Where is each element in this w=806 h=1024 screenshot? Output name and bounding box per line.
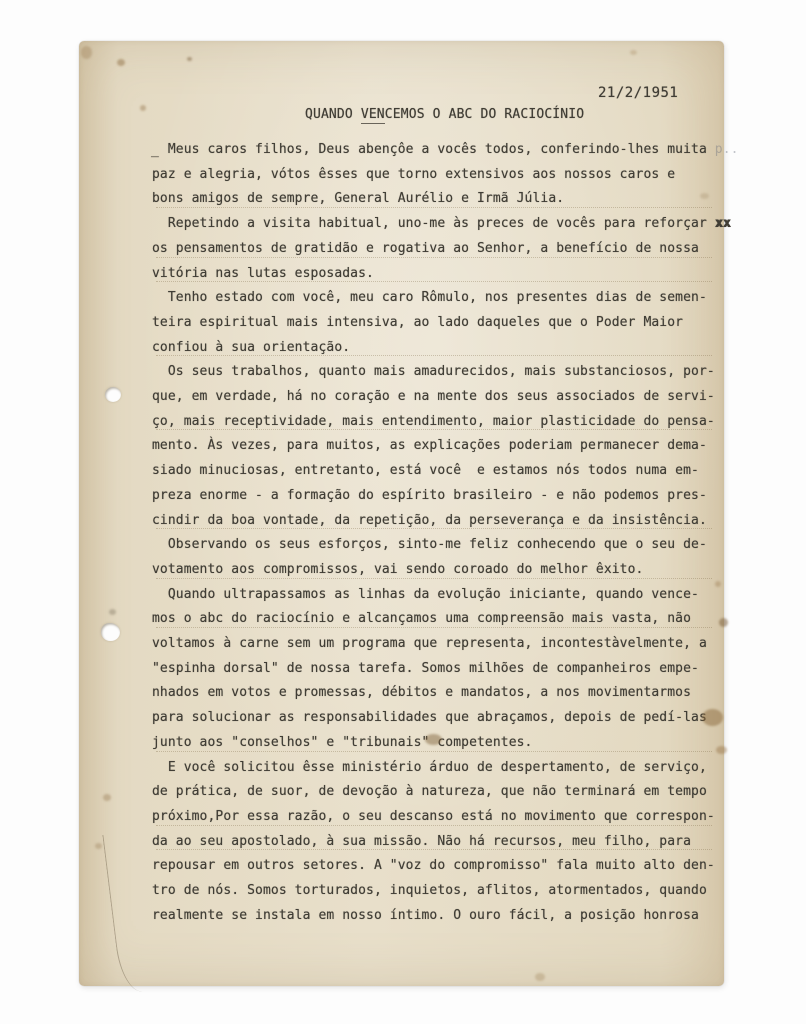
scan-background: 21/2/1951 QUANDO VENCEMOS O ABC DO RACIO… — [0, 0, 806, 1024]
line-text: vitória nas lutas esposadas. — [152, 266, 374, 281]
text-line: repousar em outros setores. A "voz do co… — [152, 854, 708, 879]
text-line: Repetindo a visita habitual, uno-me às p… — [152, 212, 708, 237]
text-line: siado minuciosas, entretanto, está você … — [152, 459, 708, 484]
line-text: siado minuciosas, entretanto, está você … — [152, 463, 699, 478]
text-line: Os seus trabalhos, quanto mais amadureci… — [152, 360, 708, 385]
text-line: os pensamentos de gratidão e rogativa ao… — [152, 237, 708, 262]
text-line: paz e alegria, vótos êsses que torno ext… — [152, 163, 708, 188]
punch-hole-bottom — [101, 623, 120, 641]
text-line: tro de nós. Somos torturados, inquietos,… — [152, 879, 708, 904]
line-text: cindir da boa vontade, da repetição, da … — [152, 513, 707, 528]
paragraph: Repetindo a visita habitual, uno-me às p… — [152, 212, 708, 286]
text-line: realmente se instala em nosso íntimo. O … — [152, 904, 708, 929]
faint-ghost-text: p.. — [707, 142, 739, 157]
title-underlined: VEN — [361, 107, 385, 124]
stain — [95, 843, 102, 849]
text-line: Quando ultrapassamos as linhas da evoluç… — [152, 583, 708, 608]
text-line: bons amigos de sempre, General Aurélio e… — [152, 187, 708, 212]
line-text: Meus caros filhos, Deus abençôe a vocês … — [152, 142, 707, 157]
line-text: repousar em outros setores. A "voz do co… — [152, 858, 715, 873]
text-line: Observando os seus esforços, sinto-me fe… — [152, 533, 708, 558]
line-text: votamento aos compromissos, vai sendo co… — [152, 562, 643, 577]
line-text: confiou à sua orientação. — [152, 340, 350, 355]
line-text: bons amigos de sempre, General Aurélio e… — [152, 191, 564, 206]
line-text: paz e alegria, vótos êsses que torno ext… — [152, 167, 675, 182]
text-line: teira espiritual mais intensiva, ao lado… — [152, 311, 708, 336]
text-line: votamento aos compromissos, vai sendo co… — [152, 558, 708, 583]
text-line: que, em verdade, há no coração e na ment… — [152, 385, 708, 410]
stain — [187, 57, 192, 61]
line-text: realmente se instala em nosso íntimo. O … — [152, 908, 699, 923]
text-line: Tenho estado com você, meu caro Rômulo, … — [152, 286, 708, 311]
stain — [630, 50, 637, 55]
line-text: "espinha dorsal" de nossa tarefa. Somos … — [152, 661, 699, 676]
stain — [716, 746, 727, 754]
text-line: "espinha dorsal" de nossa tarefa. Somos … — [152, 657, 708, 682]
stain — [109, 609, 116, 615]
text-line: de prática, de suor, de devoção à nature… — [152, 780, 708, 805]
stain — [535, 973, 545, 981]
line-text: voltamos à carne sem um programa que rep… — [152, 636, 707, 651]
line-text: preza enorme - a formação do espírito br… — [152, 488, 707, 503]
stain — [719, 618, 728, 627]
text-line: nhados em votos e promessas, débitos e m… — [152, 681, 708, 706]
line-text: Os seus trabalhos, quanto mais amadureci… — [152, 364, 715, 379]
line-text: de prática, de suor, de devoção à nature… — [152, 784, 707, 799]
text-line: mento. Às vezes, para muitos, as explica… — [152, 434, 708, 459]
stain — [715, 581, 721, 587]
lead-mark: _ — [151, 139, 159, 164]
stain — [702, 709, 723, 726]
paragraph: Observando os seus esforços, sinto-me fe… — [152, 533, 708, 582]
text-line: próximo,Por essa razão, o seu descanso e… — [152, 805, 708, 830]
line-text: para solucionar as responsabilidades que… — [152, 710, 707, 725]
text-line: voltamos à carne sem um programa que rep… — [152, 632, 708, 657]
text-line: mos o abc do raciocínio e alcançamos uma… — [152, 607, 708, 632]
text-line: vitória nas lutas esposadas. — [152, 262, 708, 287]
document-title: QUANDO VENCEMOS O ABC DO RACIOCÍNIO — [305, 107, 584, 122]
line-text: que, em verdade, há no coração e na ment… — [152, 389, 715, 404]
text-line: da ao seu apostolado, à sua missão. Não … — [152, 830, 708, 855]
hair-line — [102, 832, 144, 994]
line-text: da ao seu apostolado, à sua missão. Não … — [152, 834, 691, 849]
text-line: cindir da boa vontade, da repetição, da … — [152, 509, 708, 534]
text-line: confiou à sua orientação. — [152, 336, 708, 361]
line-text: teira espiritual mais intensiva, ao lado… — [152, 315, 683, 330]
line-text: Observando os seus esforços, sinto-me fe… — [152, 537, 707, 552]
line-text: tro de nós. Somos torturados, inquietos,… — [152, 883, 707, 898]
paragraph: E você solicitou êsse ministério árduo d… — [152, 756, 708, 929]
text-line: _ Meus caros filhos, Deus abençôe a você… — [152, 138, 708, 163]
punch-hole-top — [105, 387, 121, 402]
line-text: próximo,Por essa razão, o seu descanso e… — [152, 809, 715, 824]
text-line: ço, mais receptividade, mais entendiment… — [152, 410, 708, 435]
stain — [140, 105, 146, 111]
title-pre: QUANDO — [305, 107, 361, 122]
stain — [103, 794, 111, 801]
paragraph: Tenho estado com você, meu caro Rômulo, … — [152, 286, 708, 360]
line-text: nhados em votos e promessas, débitos e m… — [152, 685, 691, 700]
date-stamp: 21/2/1951 — [598, 85, 678, 101]
text-line: preza enorme - a formação do espírito br… — [152, 484, 708, 509]
line-text: Quando ultrapassamos as linhas da evoluç… — [152, 587, 699, 602]
line-text: E você solicitou êsse ministério árduo d… — [152, 760, 707, 775]
text-line: para solucionar as responsabilidades que… — [152, 706, 708, 731]
document-body: _ Meus caros filhos, Deus abençôe a você… — [152, 138, 708, 929]
line-text: os pensamentos de gratidão e rogativa ao… — [152, 241, 699, 256]
stain — [117, 59, 125, 66]
text-line: E você solicitou êsse ministério árduo d… — [152, 756, 708, 781]
line-text: mos o abc do raciocínio e alcançamos uma… — [152, 611, 691, 626]
stain — [425, 734, 442, 745]
line-text: ço, mais receptividade, mais entendiment… — [152, 414, 715, 429]
line-text: Repetindo a visita habitual, uno-me às p… — [152, 216, 715, 231]
document-paper: 21/2/1951 QUANDO VENCEMOS O ABC DO RACIO… — [79, 41, 724, 986]
stain — [81, 46, 92, 59]
stain — [700, 193, 709, 199]
overstrike-mark: xx — [715, 216, 731, 231]
paragraph: _ Meus caros filhos, Deus abençôe a você… — [152, 138, 708, 212]
line-text: junto aos "conselhos" e "tribunais" comp… — [152, 735, 532, 750]
line-text: Tenho estado com você, meu caro Rômulo, … — [152, 290, 707, 305]
paragraph: Quando ultrapassamos as linhas da evoluç… — [152, 583, 708, 756]
line-text: mento. Às vezes, para muitos, as explica… — [152, 438, 707, 453]
paragraph: Os seus trabalhos, quanto mais amadureci… — [152, 360, 708, 533]
title-post: CEMOS O ABC DO RACIOCÍNIO — [385, 107, 584, 122]
